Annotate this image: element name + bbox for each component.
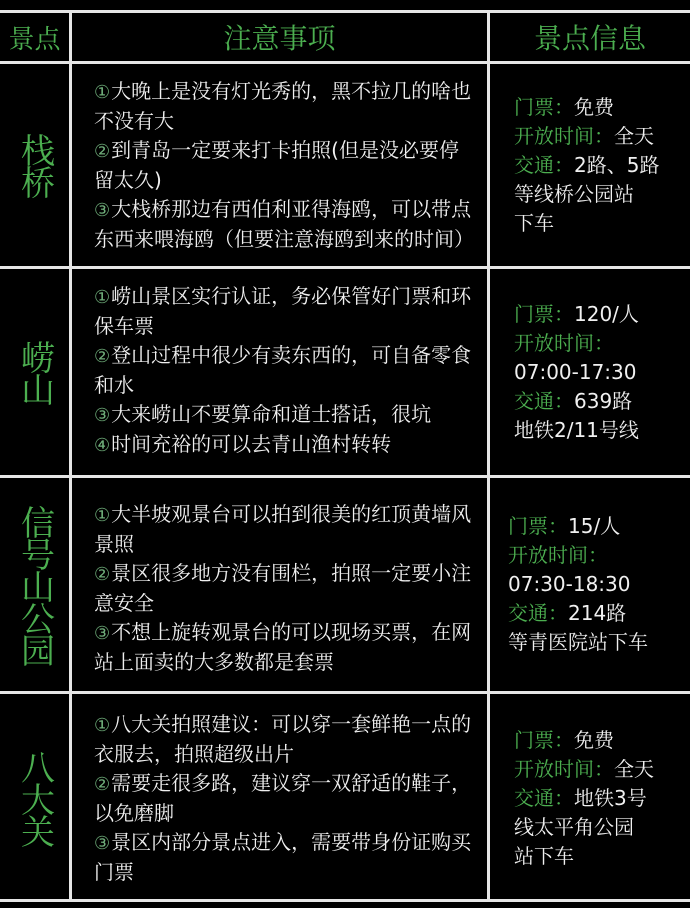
note-item: ①大半坡观景台可以拍到很美的红顶黄墙风景照 <box>94 500 473 559</box>
ticket-value: 15/人 <box>568 514 620 538</box>
info-cell: 门票：免费 开放时间：全天 交通：地铁3号 线太平角公园 站下车 <box>490 694 690 902</box>
circled-number: ② <box>94 141 110 162</box>
ticket-label: 门票： <box>514 95 574 119</box>
note-item: ③不想上旋转观景台的可以现场买票，在网站上面卖的大多数都是套票 <box>94 618 473 677</box>
ticket-label: 门票： <box>508 514 568 538</box>
circled-number: ① <box>94 82 110 103</box>
hours-label: 开放时间： <box>514 757 614 781</box>
note-text: 大栈桥那边有西伯利亚得海鸥，可以带点东西来喂海鸥（但要注意海鸥到来的时间） <box>94 197 474 251</box>
info-cell: 门票：免费 开放时间：全天 交通：2路、5路 等线桥公园站 下车 <box>490 64 690 266</box>
note-item: ①崂山景区实行认证，务必保管好门票和环保车票 <box>94 282 473 341</box>
circled-number: ③ <box>94 833 110 854</box>
note-item: ③大栈桥那边有西伯利亚得海鸥，可以带点东西来喂海鸥（但要注意海鸥到来的时间） <box>94 195 473 254</box>
ticket-line: 门票：免费 <box>514 93 690 122</box>
circled-number: ② <box>94 774 110 795</box>
note-text: 八大关拍照建议：可以穿一套鲜艳一点的衣服去，拍照超级出片 <box>94 712 471 766</box>
hours-value: 07:30-18:30 <box>508 570 690 599</box>
transport-label: 交通： <box>514 153 574 177</box>
transport-extra: 等线桥公园站 <box>514 180 690 209</box>
attraction-name: 栈桥 <box>18 133 52 197</box>
circled-number: ① <box>94 287 110 308</box>
attraction-name: 八大关 <box>18 750 52 846</box>
transport-label: 交通： <box>508 601 568 625</box>
transport-extra: 地铁2/11号线 <box>514 416 690 445</box>
circled-number: ③ <box>94 623 110 644</box>
note-item: ③大来崂山不要算命和道士搭话，很坑 <box>94 400 473 430</box>
note-text: 景区很多地方没有围栏，拍照一定要小注意安全 <box>94 561 471 615</box>
info-cell: 门票：120/人 开放时间： 07:00-17:30 交通：639路 地铁2/1… <box>490 269 690 475</box>
transport-line: 交通：639路 <box>514 387 690 416</box>
ticket-value: 免费 <box>574 95 614 119</box>
ticket-line: 门票：120/人 <box>514 300 690 329</box>
attraction-name-cell: 崂山 <box>0 269 72 475</box>
transport-line: 交通：地铁3号 <box>514 784 690 813</box>
note-item: ①八大关拍照建议：可以穿一套鲜艳一点的衣服去，拍照超级出片 <box>94 710 473 769</box>
table-row-badaguan: 八大关 ①八大关拍照建议：可以穿一套鲜艳一点的衣服去，拍照超级出片 ②需要走很多… <box>0 694 690 902</box>
table-row-zhanqiao: 栈桥 ①大晚上是没有灯光秀的，黑不拉几的啥也不没有大 ②到青岛一定要来打卡拍照(… <box>0 64 690 269</box>
hours-value: 07:00-17:30 <box>514 358 690 387</box>
transport-extra: 等青医院站下车 <box>508 628 690 657</box>
circled-number: ③ <box>94 200 110 221</box>
transport-value: 地铁3号 <box>574 786 647 810</box>
note-text: 到青岛一定要来打卡拍照(但是没必要停留太久) <box>94 138 459 192</box>
header-attraction: 景点 <box>0 13 72 61</box>
notes-cell: ①大半坡观景台可以拍到很美的红顶黄墙风景照 ②景区很多地方没有围栏，拍照一定要小… <box>72 478 490 691</box>
transport-extra: 下车 <box>514 209 690 238</box>
note-text: 大来崂山不要算命和道士搭话，很坑 <box>111 402 431 426</box>
note-text: 时间充裕的可以去青山渔村转转 <box>111 432 391 456</box>
notes-cell: ①八大关拍照建议：可以穿一套鲜艳一点的衣服去，拍照超级出片 ②需要走很多路，建议… <box>72 694 490 902</box>
hours-label: 开放时间： <box>514 124 614 148</box>
ticket-line: 门票：15/人 <box>508 512 690 541</box>
note-item: ④时间充裕的可以去青山渔村转转 <box>94 430 473 460</box>
note-item: ②需要走很多路，建议穿一双舒适的鞋子，以免磨脚 <box>94 769 473 828</box>
transport-value: 2路、5路 <box>574 153 659 177</box>
header-notes: 注意事项 <box>72 13 490 61</box>
header-info: 景点信息 <box>490 13 690 61</box>
note-text: 登山过程中很少有卖东西的，可自备零食和水 <box>94 343 471 397</box>
note-text: 不想上旋转观景台的可以现场买票，在网站上面卖的大多数都是套票 <box>94 620 471 674</box>
circled-number: ② <box>94 564 110 585</box>
circled-number: ④ <box>94 435 110 456</box>
ticket-value: 120/人 <box>574 302 639 326</box>
notes-cell: ①崂山景区实行认证，务必保管好门票和环保车票 ②登山过程中很少有卖东西的，可自备… <box>72 269 490 475</box>
hours-value: 全天 <box>614 124 654 148</box>
hours-value: 全天 <box>614 757 654 781</box>
circled-number: ② <box>94 346 110 367</box>
ticket-label: 门票： <box>514 728 574 752</box>
table-row-xinhaoshan: 信号山公园 ①大半坡观景台可以拍到很美的红顶黄墙风景照 ②景区很多地方没有围栏，… <box>0 478 690 694</box>
attraction-name: 崂山 <box>18 340 52 404</box>
hours-line: 开放时间：全天 <box>514 122 690 151</box>
hours-line: 开放时间： <box>508 541 690 570</box>
circled-number: ① <box>94 715 110 736</box>
attraction-name-cell: 八大关 <box>0 694 72 902</box>
note-item: ③景区内部分景点进入，需要带身份证购买门票 <box>94 828 473 887</box>
note-item: ①大晚上是没有灯光秀的，黑不拉几的啥也不没有大 <box>94 77 473 136</box>
notes-cell: ①大晚上是没有灯光秀的，黑不拉几的啥也不没有大 ②到青岛一定要来打卡拍照(但是没… <box>72 64 490 266</box>
circled-number: ① <box>94 505 110 526</box>
ticket-label: 门票： <box>514 302 574 326</box>
hours-line: 开放时间： <box>514 329 690 358</box>
transport-line: 交通：2路、5路 <box>514 151 690 180</box>
attractions-table: 景点 注意事项 景点信息 栈桥 ①大晚上是没有灯光秀的，黑不拉几的啥也不没有大 … <box>0 10 690 902</box>
transport-line: 交通：214路 <box>508 599 690 628</box>
transport-value: 214路 <box>568 601 626 625</box>
table-row-laoshan: 崂山 ①崂山景区实行认证，务必保管好门票和环保车票 ②登山过程中很少有卖东西的，… <box>0 269 690 478</box>
note-text: 崂山景区实行认证，务必保管好门票和环保车票 <box>94 284 471 338</box>
note-text: 大半坡观景台可以拍到很美的红顶黄墙风景照 <box>94 502 471 556</box>
transport-label: 交通： <box>514 389 574 413</box>
hours-line: 开放时间：全天 <box>514 755 690 784</box>
info-cell: 门票：15/人 开放时间： 07:30-18:30 交通：214路 等青医院站下… <box>490 478 690 691</box>
table-header: 景点 注意事项 景点信息 <box>0 13 690 64</box>
transport-label: 交通： <box>514 786 574 810</box>
note-text: 需要走很多路，建议穿一双舒适的鞋子，以免磨脚 <box>94 771 471 825</box>
transport-value: 639路 <box>574 389 632 413</box>
ticket-value: 免费 <box>574 728 614 752</box>
note-text: 大晚上是没有灯光秀的，黑不拉几的啥也不没有大 <box>94 79 471 133</box>
note-text: 景区内部分景点进入，需要带身份证购买门票 <box>94 830 471 884</box>
ticket-line: 门票：免费 <box>514 726 690 755</box>
attraction-name: 信号山公园 <box>18 505 52 665</box>
attraction-name-cell: 信号山公园 <box>0 478 72 691</box>
circled-number: ③ <box>94 405 110 426</box>
hours-label: 开放时间： <box>514 331 614 355</box>
transport-extra: 站下车 <box>514 842 690 871</box>
note-item: ②登山过程中很少有卖东西的，可自备零食和水 <box>94 341 473 400</box>
attraction-name-cell: 栈桥 <box>0 64 72 266</box>
note-item: ②到青岛一定要来打卡拍照(但是没必要停留太久) <box>94 136 473 195</box>
transport-extra: 线太平角公园 <box>514 813 690 842</box>
note-item: ②景区很多地方没有围栏，拍照一定要小注意安全 <box>94 559 473 618</box>
hours-label: 开放时间： <box>508 543 608 567</box>
